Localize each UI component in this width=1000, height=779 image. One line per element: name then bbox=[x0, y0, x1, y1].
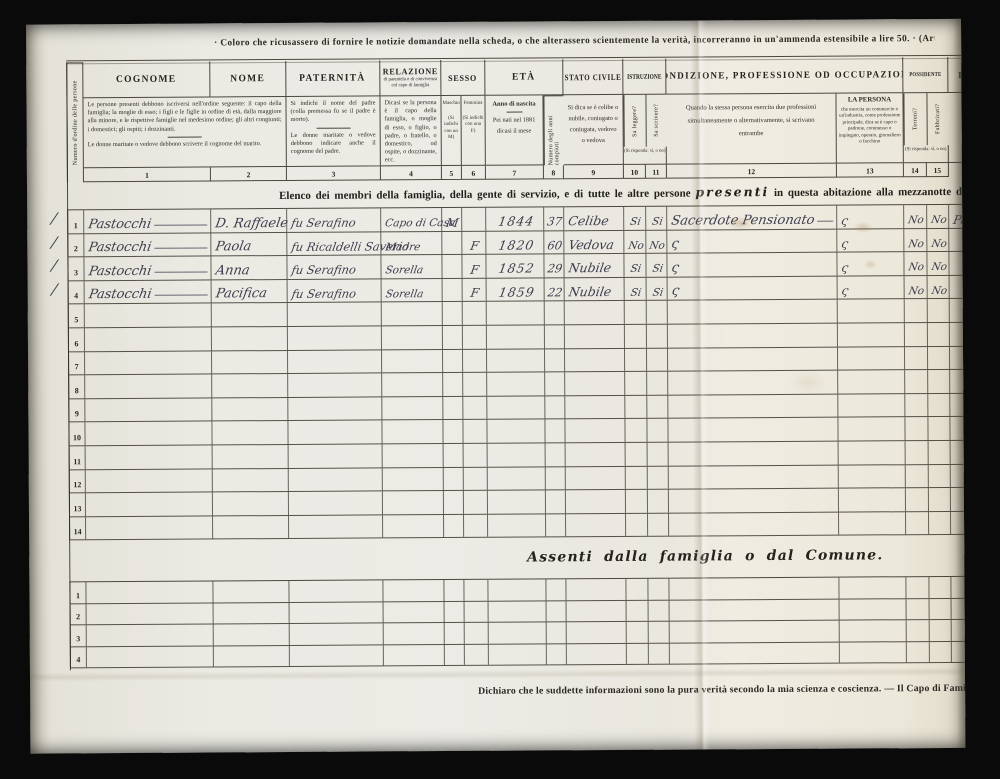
ink-stroke bbox=[154, 248, 207, 249]
cell-nome: D. Raffaele bbox=[211, 209, 287, 232]
cell-stato: Vedova bbox=[564, 231, 624, 254]
istruzione-risponda: (Si risponda: sì, o no) bbox=[624, 147, 667, 165]
cell-fabbricati bbox=[929, 441, 951, 464]
cell-scrive bbox=[647, 325, 668, 348]
cell-anni bbox=[547, 622, 567, 643]
cell-fabbricati bbox=[930, 620, 952, 641]
cell-stato bbox=[565, 396, 625, 419]
handwritten-entry-fabbricati: No bbox=[930, 215, 947, 226]
horizontal-crease bbox=[30, 667, 965, 682]
cell-fabbricati: No bbox=[927, 252, 949, 275]
handwritten-entry-anno: 1852 bbox=[497, 263, 535, 276]
cell-num: 14 bbox=[69, 517, 86, 540]
cell-f: F bbox=[463, 279, 487, 302]
cell-anno bbox=[487, 349, 545, 372]
cell-legge: Si bbox=[624, 207, 646, 230]
cell-persona bbox=[838, 323, 905, 346]
cell-num: 7 bbox=[68, 352, 85, 375]
cell-relazione: Sorella bbox=[382, 279, 443, 302]
cell-f bbox=[464, 515, 488, 538]
cell-stato: Celibe bbox=[564, 207, 624, 230]
cell-legge bbox=[625, 372, 647, 395]
cell-legge bbox=[626, 579, 648, 600]
cell-legge bbox=[626, 514, 648, 537]
ink-stroke bbox=[817, 220, 833, 221]
handwritten-entry-persona: ς bbox=[840, 214, 849, 226]
cell-legge: No bbox=[624, 230, 646, 253]
eta-title: ETÀ bbox=[512, 71, 536, 82]
cell-anno: 1859 bbox=[487, 278, 545, 301]
margin-tick-mark: / bbox=[50, 211, 58, 226]
cell-legge bbox=[625, 396, 647, 419]
cell-f: F bbox=[462, 255, 486, 278]
elenco-post: in questa abitazione alla mezzanotte del bbox=[774, 186, 966, 199]
cell-legge bbox=[625, 301, 647, 324]
cell-relazione bbox=[382, 302, 443, 325]
cell-cognome bbox=[86, 516, 213, 539]
cell-num: 8 bbox=[68, 375, 85, 398]
table-row: 4 bbox=[70, 641, 966, 668]
cell-persona bbox=[840, 642, 907, 663]
cell-cognome bbox=[87, 603, 214, 624]
cell-paternita bbox=[290, 602, 384, 623]
cell-anni bbox=[545, 420, 565, 443]
cell-cognome bbox=[86, 493, 213, 516]
cell-stato bbox=[567, 600, 627, 621]
col-number: 3 bbox=[287, 166, 381, 181]
handwritten-entry-terreni: No bbox=[908, 286, 925, 297]
handwritten-entry-condizione: ς bbox=[671, 261, 680, 274]
handwritten-entry-stato: Nubile bbox=[568, 286, 613, 299]
cell-fabbricati bbox=[929, 488, 951, 511]
cell-persona bbox=[838, 418, 905, 441]
cell-cognome bbox=[86, 445, 213, 468]
cell-legge bbox=[626, 443, 648, 466]
cell-nome: Pacifica bbox=[212, 280, 288, 303]
cell-nome bbox=[213, 445, 289, 468]
cell-legge: Si bbox=[625, 278, 647, 301]
cell-terreni: No bbox=[904, 205, 927, 228]
cell-persona bbox=[838, 394, 905, 417]
cell-paternita: fu Serafino bbox=[287, 208, 381, 231]
cell-legge: Si bbox=[624, 254, 646, 277]
note-sa-leggere: Sa leggere? bbox=[623, 95, 645, 147]
cell-terreni bbox=[905, 370, 928, 393]
column-header-sesso: SESSO bbox=[441, 60, 485, 96]
cell-anno bbox=[488, 514, 546, 537]
cell-anni bbox=[545, 396, 565, 419]
cell-persona bbox=[839, 465, 906, 488]
column-header-numero-ordine: Numero d'ordine delle persone bbox=[66, 62, 84, 182]
handwritten-entry-scrive: Si bbox=[651, 217, 663, 228]
cell-relazione bbox=[382, 373, 443, 396]
la-persona-title: LA PERSONA bbox=[838, 96, 900, 105]
note-cognome-nome: Le persone presenti debbono iscriversi n… bbox=[83, 97, 286, 168]
cell-num: 9 bbox=[68, 399, 85, 422]
cell-relazione bbox=[384, 602, 445, 623]
handwritten-entry-nome: Anna bbox=[215, 264, 251, 277]
cell-m bbox=[443, 350, 463, 373]
cell-stato bbox=[565, 301, 625, 324]
cell-terreni bbox=[905, 323, 928, 346]
paper-stain bbox=[727, 216, 753, 230]
cell-paternita bbox=[290, 645, 384, 666]
note-condizione-13: LA PERSONA che esercita un commercio o u… bbox=[836, 93, 903, 163]
cell-scrive: No bbox=[646, 230, 667, 253]
cell-num: 3 bbox=[70, 625, 87, 646]
cell-terreni: No bbox=[904, 229, 927, 252]
cell-m bbox=[444, 444, 464, 467]
handwritten-entry-fabbricati: No bbox=[930, 262, 947, 273]
cell-fabbricati bbox=[929, 465, 951, 488]
cell-fabbricati bbox=[929, 512, 951, 535]
handwritten-entry-legge: Si bbox=[629, 217, 641, 228]
handwritten-entry-anni: 60 bbox=[547, 240, 564, 252]
handwritten-entry-cognome: Pastocchi bbox=[87, 241, 152, 254]
cell-stato bbox=[566, 514, 626, 537]
handwritten-entry-terreni: No bbox=[908, 262, 925, 273]
cell-anni bbox=[546, 514, 566, 537]
cell-m bbox=[443, 420, 463, 443]
cell-m bbox=[445, 623, 465, 644]
cell-num: 6 bbox=[68, 328, 85, 351]
cell-legge bbox=[627, 622, 649, 643]
handwritten-entry-relazione: Madre bbox=[384, 242, 421, 253]
cell-num: 3 bbox=[67, 257, 84, 280]
column-header-possidente: POSSIDENTE bbox=[903, 57, 948, 93]
handwritten-entry-f: F bbox=[470, 287, 480, 299]
note-relazione: Dicasi se la persona è il capo della fam… bbox=[380, 96, 441, 166]
cell-cognome bbox=[85, 398, 212, 421]
col-number: 7 bbox=[486, 165, 544, 179]
cell-paternita bbox=[288, 421, 382, 444]
cell-m bbox=[442, 232, 462, 255]
penalty-banner: · Coloro che ricusassero di fornire le n… bbox=[214, 34, 935, 48]
cell-scrive bbox=[648, 443, 669, 466]
cell-num: 4 bbox=[70, 647, 87, 668]
col-number: 10 bbox=[624, 165, 646, 179]
cell-stato: Nubile bbox=[564, 254, 624, 277]
cell-cognome bbox=[87, 646, 214, 667]
handwritten-entry-anno: 1844 bbox=[497, 216, 535, 229]
cell-nome bbox=[212, 374, 288, 397]
cell-fabbricati bbox=[928, 370, 950, 393]
cell-paternita: fu Serafino bbox=[288, 279, 382, 302]
handwritten-entry-condizione: ς bbox=[670, 238, 679, 251]
elenco-pre: Elenco dei membri della famiglia, della … bbox=[279, 188, 691, 203]
cell-paternita: fu Serafino bbox=[287, 256, 381, 279]
cell-terreni bbox=[905, 347, 928, 370]
cell-legge bbox=[626, 490, 648, 513]
cell-stato bbox=[565, 325, 625, 348]
cell-cognome: Pastocchi bbox=[84, 233, 211, 256]
handwritten-entry-fabbricati: No bbox=[930, 286, 947, 297]
cell-m bbox=[444, 580, 464, 601]
col-number: 11 bbox=[646, 165, 667, 179]
cell-f bbox=[464, 491, 488, 514]
cell-fabbricati bbox=[928, 347, 950, 370]
cell-fabbricati: No bbox=[928, 276, 950, 299]
cell-cognome bbox=[86, 581, 213, 602]
column-header-paternita: PATERNITÀ bbox=[286, 60, 380, 97]
cell-num: 2 bbox=[67, 234, 84, 257]
handwritten-entry-terreni: No bbox=[907, 215, 924, 226]
cell-anno bbox=[488, 579, 546, 600]
cell-anni: 29 bbox=[544, 254, 564, 277]
cell-relazione bbox=[382, 326, 443, 349]
handwritten-entry-f: F bbox=[470, 264, 480, 276]
col-number: 9 bbox=[564, 165, 624, 179]
cell-anni: 22 bbox=[545, 278, 565, 301]
cell-paternita bbox=[288, 350, 382, 373]
cell-scrive bbox=[648, 466, 669, 489]
col-number: 13 bbox=[837, 163, 904, 177]
cell-num: 10 bbox=[68, 423, 85, 446]
cell-scrive bbox=[649, 622, 670, 643]
cell-nome bbox=[214, 645, 290, 666]
cell-scrive bbox=[647, 372, 668, 395]
istruzione-title: ISTRUZIONE bbox=[627, 72, 661, 80]
cell-scrive bbox=[647, 301, 668, 324]
cell-relazione bbox=[383, 580, 444, 601]
cell-scrive bbox=[649, 643, 670, 664]
cell-anni bbox=[546, 579, 566, 600]
handwritten-entry-terreni: No bbox=[908, 239, 925, 250]
cell-persona bbox=[838, 347, 905, 370]
cell-anni: 60 bbox=[544, 231, 564, 254]
cell-nome bbox=[214, 602, 290, 623]
cell-paternita bbox=[288, 303, 382, 326]
handwritten-entry-cognome: Pastocchi bbox=[88, 265, 153, 278]
handwritten-entry-stato: Nubile bbox=[568, 262, 613, 275]
cell-m bbox=[445, 644, 465, 665]
cell-relazione bbox=[382, 397, 443, 420]
cell-relazione bbox=[382, 350, 443, 373]
cell-stato: Nubile bbox=[565, 278, 625, 301]
handwritten-entry-anni: 37 bbox=[546, 216, 563, 228]
handwritten-entry-m: M bbox=[446, 217, 460, 229]
cell-nome bbox=[212, 421, 288, 444]
cell-cognome bbox=[85, 351, 212, 374]
handwritten-entry-f: F bbox=[470, 240, 480, 252]
cell-anno bbox=[489, 622, 547, 643]
cell-anno bbox=[487, 420, 545, 443]
handwritten-entry-legge: Si bbox=[630, 288, 642, 299]
cell-scrive: Si bbox=[647, 277, 668, 300]
handwritten-entry-paternita: fu Serafino bbox=[290, 218, 356, 230]
stato-civile-title: STATO CIVILE bbox=[564, 71, 621, 81]
handwritten-entry-cognome: Pastocchi bbox=[87, 217, 152, 230]
census-page: · Coloro che ricusassero di fornire le n… bbox=[26, 19, 965, 754]
handwritten-entry-condizione: ς bbox=[671, 285, 680, 298]
column-header-cognome: COGNOME bbox=[83, 61, 210, 98]
cell-persona bbox=[840, 620, 907, 641]
cell-f bbox=[463, 349, 487, 372]
note-divider bbox=[168, 136, 202, 137]
cell-scrive bbox=[647, 348, 668, 371]
note-stato-civile: Si dica se è celibe o nubile, coniugato … bbox=[563, 95, 623, 165]
col-number: 2 bbox=[211, 167, 287, 181]
cell-legge bbox=[627, 643, 649, 664]
note-maschio: Maschio (Si indichi con un M) bbox=[441, 96, 461, 166]
cell-paternita bbox=[289, 580, 383, 601]
column-header-stato-civile: STATO CIVILE bbox=[563, 59, 623, 95]
cell-paternita bbox=[288, 326, 382, 349]
cell-stato bbox=[567, 622, 627, 643]
cell-anni bbox=[547, 644, 567, 665]
handwritten-entry-stato: Vedova bbox=[567, 239, 614, 252]
cell-f bbox=[462, 208, 486, 231]
cell-paternita: fu Ricaldelli Saverio bbox=[287, 232, 381, 255]
cell-relazione bbox=[383, 491, 444, 514]
note-anno-nascita: Anno di nascita Pei nati nel 1881 dicasi… bbox=[485, 95, 543, 165]
cell-terreni bbox=[906, 577, 929, 598]
cell-anno bbox=[488, 443, 546, 466]
handwritten-entry-anni: 22 bbox=[547, 287, 564, 299]
cell-cognome bbox=[85, 375, 212, 398]
relazione-subtitle: di parentela o di convivenza col capo di… bbox=[382, 77, 439, 89]
cell-m bbox=[443, 279, 463, 302]
handwritten-entry-anni: 29 bbox=[547, 264, 564, 276]
cell-relazione: Capo di Casa bbox=[381, 208, 442, 231]
cell-persona bbox=[839, 488, 906, 511]
cell-fabbricati: No bbox=[927, 229, 949, 252]
cell-anno bbox=[489, 601, 547, 622]
cell-m bbox=[443, 326, 463, 349]
elenco-heading: Elenco dei membri della famiglia, della … bbox=[279, 183, 965, 202]
cell-anni bbox=[546, 490, 566, 513]
cell-anno bbox=[488, 467, 546, 490]
cell-relazione bbox=[383, 468, 444, 491]
cell-relazione: Sorella bbox=[381, 255, 442, 278]
cell-nome bbox=[213, 581, 289, 602]
cell-f: F bbox=[462, 231, 486, 254]
cell-legge bbox=[626, 466, 648, 489]
cell-m bbox=[445, 601, 465, 622]
handwritten-entry-legge: Si bbox=[630, 264, 642, 275]
cell-stato bbox=[567, 643, 627, 664]
cell-terreni bbox=[907, 599, 930, 620]
cell-anni bbox=[546, 443, 566, 466]
cell-anni bbox=[545, 302, 565, 325]
cell-legge bbox=[625, 419, 647, 442]
cell-persona: ς bbox=[837, 229, 904, 252]
handwritten-entry-scrive: Si bbox=[651, 264, 663, 275]
cell-num: 13 bbox=[69, 493, 86, 516]
possidente-title: POSSIDENTE bbox=[909, 71, 941, 77]
cell-f bbox=[463, 420, 487, 443]
handwritten-entry-relazione: Sorella bbox=[385, 289, 425, 300]
cell-terreni bbox=[907, 642, 930, 663]
cell-persona bbox=[838, 300, 905, 323]
handwritten-entry-cognome: Pastocchi bbox=[88, 288, 153, 301]
handwritten-entry-scrive: Si bbox=[651, 288, 663, 299]
cell-nome bbox=[212, 398, 288, 421]
cell-m bbox=[444, 468, 464, 491]
cell-terreni bbox=[906, 488, 929, 511]
nome-title: NOME bbox=[230, 73, 265, 84]
cell-f bbox=[465, 623, 489, 644]
cell-terreni bbox=[905, 394, 928, 417]
cell-stato bbox=[565, 419, 625, 442]
sesso-title: SESSO bbox=[448, 72, 477, 82]
cell-fabbricati bbox=[928, 394, 950, 417]
femmina-label: Femmina bbox=[462, 101, 483, 108]
cell-num: 1 bbox=[69, 582, 86, 603]
cell-paternita bbox=[290, 623, 384, 644]
col-number: 8 bbox=[544, 165, 564, 179]
cell-nome: Paola bbox=[211, 233, 287, 256]
col-number: 6 bbox=[462, 166, 486, 180]
cell-scrive bbox=[648, 490, 669, 513]
cell-persona bbox=[839, 577, 906, 598]
cell-f bbox=[465, 601, 489, 622]
cell-fabbricati bbox=[928, 299, 950, 322]
cell-stato bbox=[565, 372, 625, 395]
maschio-label: Maschio bbox=[442, 101, 459, 108]
col-number: 1 bbox=[84, 167, 211, 182]
cell-anno bbox=[489, 644, 547, 665]
handwritten-entry-fabbricati: No bbox=[930, 239, 947, 250]
cell-scrive bbox=[647, 419, 668, 442]
cell-num: 5 bbox=[68, 305, 85, 328]
note-paternita-1: Si indichi il nome del padre (colla prem… bbox=[290, 99, 375, 124]
cell-anni: 37 bbox=[544, 207, 564, 230]
cell-legge bbox=[627, 600, 649, 621]
cell-f bbox=[464, 467, 488, 490]
paper-stain bbox=[863, 259, 877, 269]
cell-nome bbox=[213, 469, 289, 492]
column-header-nome: NOME bbox=[210, 61, 286, 97]
note-femmina: Femmina (Si indichi con una F) bbox=[461, 96, 485, 166]
declaration-text: Dichiaro che le suddette informazioni so… bbox=[478, 683, 965, 697]
cell-m bbox=[443, 302, 463, 325]
assenti-heading-band: Assenti dalla famiglia o dal Comune. bbox=[69, 535, 965, 583]
cell-nome bbox=[212, 303, 288, 326]
handwritten-entry-legge: No bbox=[627, 240, 644, 251]
note-cognome-1: Le persone presenti debbono iscriversi n… bbox=[87, 100, 281, 134]
handwritten-entry-scrive: No bbox=[649, 240, 666, 251]
note-paternita: Si indichi il nome del padre (colla prem… bbox=[286, 96, 380, 167]
cell-anno bbox=[487, 373, 545, 396]
handwritten-entry-persona: ς bbox=[841, 261, 850, 273]
cell-stato bbox=[566, 490, 626, 513]
cell-m bbox=[444, 515, 464, 538]
cell-fabbricati: No bbox=[927, 205, 949, 228]
cell-scrive: Si bbox=[646, 207, 667, 230]
col-number: 5 bbox=[442, 166, 462, 180]
paper-stain bbox=[853, 221, 873, 233]
cell-cognome: Pastocchi bbox=[84, 257, 211, 280]
cell-anno bbox=[487, 396, 545, 419]
cell-paternita bbox=[288, 374, 382, 397]
cell-relazione bbox=[384, 645, 445, 666]
cell-stato bbox=[566, 443, 626, 466]
cell-anno: 1844 bbox=[486, 207, 544, 230]
cell-stato bbox=[565, 349, 625, 372]
cell-legge bbox=[625, 325, 647, 348]
cell-fabbricati bbox=[930, 641, 952, 662]
cell-anno: 1820 bbox=[486, 231, 544, 254]
cell-anni bbox=[545, 349, 565, 372]
handwritten-entry-anno: 1820 bbox=[497, 239, 535, 252]
cell-m bbox=[442, 255, 462, 278]
cell-legge bbox=[625, 348, 647, 371]
cell-anni bbox=[545, 325, 565, 348]
cell-num: 4 bbox=[68, 281, 85, 304]
ink-stroke bbox=[154, 295, 207, 296]
paternita-title: PATERNITÀ bbox=[300, 72, 367, 83]
